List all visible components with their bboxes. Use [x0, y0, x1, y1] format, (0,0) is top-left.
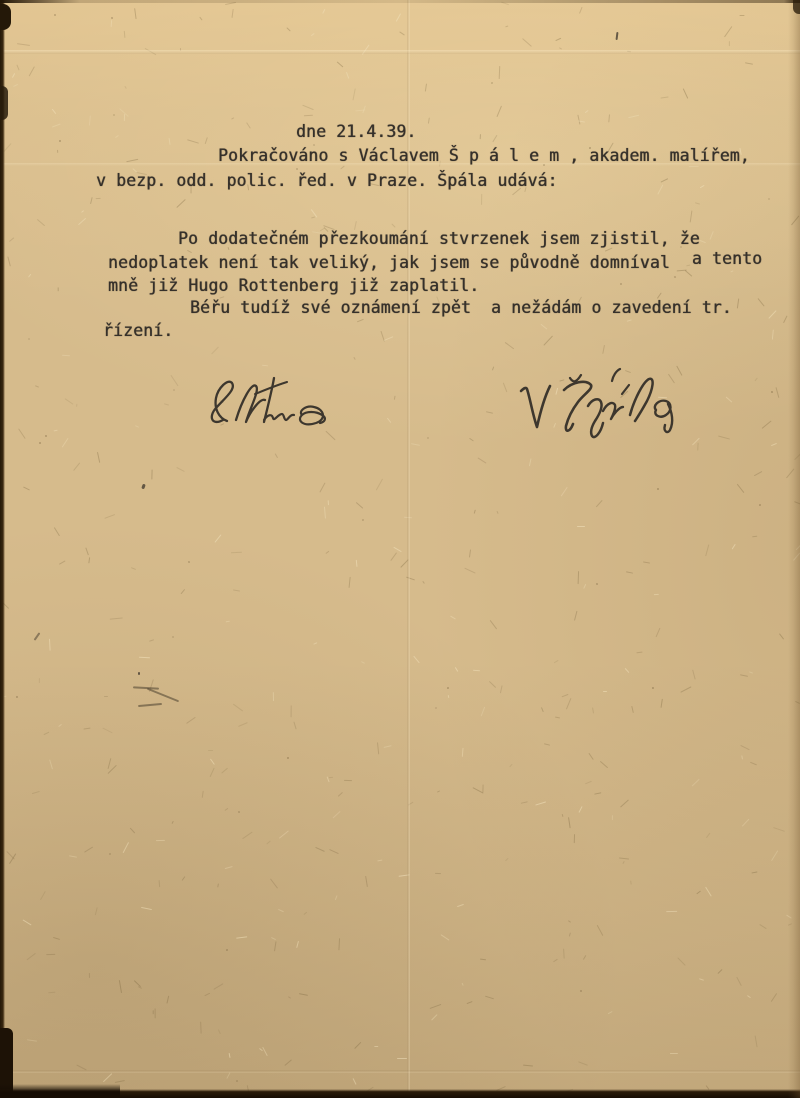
paper-fiber — [666, 911, 677, 912]
body-line-2: nedoplatek není tak veliký, jak jsem se … — [108, 253, 762, 273]
paper-fiber — [115, 135, 119, 138]
paper-fiber — [335, 895, 338, 900]
paper-fiber — [726, 396, 733, 402]
paper-fiber — [695, 202, 700, 204]
paper-fiber — [235, 1080, 238, 1083]
paper-fiber — [692, 779, 700, 786]
paper-fiber — [262, 1046, 268, 1055]
paper-fiber — [149, 639, 154, 642]
paper-fiber — [322, 9, 325, 14]
paper-fiber — [168, 138, 170, 145]
paper-fiber — [164, 403, 169, 406]
paper-fiber — [356, 502, 364, 509]
paper-fiber — [411, 443, 420, 446]
paper-fiber — [625, 667, 630, 672]
paper-fiber — [279, 830, 289, 838]
paper-fiber — [636, 651, 643, 653]
paper-fiber — [754, 471, 762, 476]
paper-fiber — [315, 847, 325, 852]
horizontal-fold-crease-bottom — [0, 1070, 800, 1073]
paper-fiber — [119, 980, 122, 993]
paper-fiber — [522, 38, 532, 47]
paper-fiber — [736, 484, 744, 493]
paper-fiber — [151, 469, 152, 479]
paper-fiber — [657, 185, 663, 195]
paper-fiber — [553, 959, 558, 963]
paper-fiber — [104, 1073, 113, 1082]
paper-fiber — [154, 1009, 155, 1019]
paper-fiber — [580, 990, 582, 992]
paper-fiber — [674, 275, 677, 278]
paper-fiber — [762, 421, 772, 429]
paper-fiber — [754, 1035, 757, 1047]
body-line-4: Béřu tudíž své oznámení zpět a nežádám o… — [190, 298, 732, 318]
paper-fiber — [349, 576, 351, 587]
paper-fiber — [562, 814, 564, 817]
paper-fiber — [158, 880, 160, 887]
paper-fiber — [44, 732, 50, 736]
paper-fiber — [771, 443, 777, 446]
paper-fiber — [740, 674, 748, 676]
paper-fiber — [173, 388, 176, 391]
paper-fiber — [170, 375, 178, 386]
paper-fiber — [377, 743, 379, 755]
paper-fiber — [529, 458, 532, 466]
signature-right-v-spala — [512, 358, 700, 452]
paper-fiber — [413, 655, 420, 663]
paper-fiber — [440, 934, 449, 941]
paper-fiber — [568, 920, 571, 922]
paper-fiber — [600, 760, 608, 767]
paper-fiber — [65, 398, 74, 405]
paper-fiber — [333, 811, 341, 818]
paper-fiber — [596, 500, 603, 507]
paper-fiber — [435, 707, 438, 710]
paper-fiber — [481, 194, 482, 205]
paper-fiber — [461, 983, 463, 987]
paper-fiber — [49, 638, 51, 650]
paper-fiber — [397, 1058, 407, 1059]
paper-fiber — [718, 435, 730, 439]
intro-line-2: v bezp. odd. polic. řed. v Praze. Špála … — [96, 171, 558, 191]
signature-left-strokes — [203, 372, 348, 444]
paper-fiber — [94, 907, 97, 915]
paper-fiber — [84, 727, 91, 729]
paper-fiber — [609, 114, 611, 122]
paper-fiber — [737, 977, 743, 986]
paper-fiber — [287, 28, 292, 32]
paper-fiber — [749, 671, 753, 673]
paper-fiber — [233, 703, 243, 711]
paper-fiber — [643, 562, 650, 564]
paper-fiber — [457, 904, 464, 907]
paper-fiber — [329, 849, 338, 854]
paper-fiber — [224, 808, 228, 811]
paper-fiber — [313, 642, 317, 645]
paper-fiber — [324, 507, 326, 519]
paper-fiber — [76, 403, 77, 407]
paper-fiber — [238, 723, 248, 728]
paper-fiber — [152, 1010, 153, 1014]
paper-fiber — [521, 801, 528, 803]
ink-speck — [141, 484, 146, 490]
paper-fiber — [9, 238, 14, 242]
paper-fiber — [86, 548, 90, 556]
paper-fiber — [328, 500, 329, 505]
paper-fiber — [656, 628, 661, 638]
paper-fiber — [225, 866, 233, 869]
paper-fiber — [724, 26, 732, 37]
paper-fiber — [623, 861, 625, 864]
paper-fiber — [217, 884, 219, 888]
paper-fiber — [69, 855, 77, 857]
paper-fiber — [705, 887, 711, 897]
paper-fiber — [54, 527, 60, 536]
paper-fiber — [491, 81, 494, 84]
paper-fiber — [626, 572, 633, 574]
paper-fiber — [23, 486, 30, 490]
paper-fiber — [496, 511, 498, 514]
paper-fiber — [754, 378, 757, 382]
paper-fiber — [381, 331, 386, 342]
paper-fiber — [186, 717, 196, 724]
paper-fiber — [110, 20, 112, 27]
paper-fiber — [107, 759, 111, 770]
paper-fiber — [36, 219, 44, 226]
paper-fiber — [612, 815, 613, 820]
horizontal-fold-crease-top — [0, 50, 800, 54]
paper-fiber — [661, 97, 669, 99]
paper-fiber — [49, 760, 53, 770]
paper-fiber — [469, 550, 471, 558]
paper-fiber — [200, 1021, 201, 1033]
paper-fiber — [588, 753, 593, 760]
paper-fiber — [113, 114, 116, 117]
paper-fiber — [74, 462, 81, 470]
paper-fiber — [45, 435, 47, 437]
scan-edge-left — [0, 0, 5, 1098]
paper-fiber — [200, 17, 203, 21]
paper-fiber — [208, 749, 213, 750]
paper-fiber — [362, 105, 366, 113]
scan-edge-blob — [0, 86, 8, 120]
body-line-1: Po dodatečném přezkoumání stvrzenek jsem… — [178, 229, 700, 249]
paper-fiber — [59, 561, 65, 565]
paper-fiber — [505, 25, 508, 27]
paper-fiber — [376, 479, 383, 491]
paper-fiber — [57, 150, 58, 153]
paper-fiber — [696, 890, 701, 894]
paper-fiber — [384, 336, 393, 341]
paper-fiber — [357, 319, 364, 322]
paper-fiber — [96, 198, 101, 199]
paper-fiber — [62, 438, 69, 447]
paper-fiber — [562, 693, 568, 696]
paper-fiber — [391, 553, 397, 561]
paper-fiber — [236, 936, 247, 938]
pencil-slash-mark — [34, 632, 41, 641]
paper-fiber — [138, 986, 142, 989]
paper-fiber — [574, 611, 577, 621]
paper-fiber — [166, 995, 169, 1003]
paper-fiber — [492, 367, 494, 371]
paper-fiber — [18, 428, 25, 438]
paper-fiber — [690, 210, 693, 222]
paper-fiber — [27, 953, 36, 960]
paper-fiber — [340, 166, 344, 170]
paper-fiber — [657, 488, 659, 490]
paper-fiber — [187, 139, 199, 143]
paper-fiber — [58, 287, 59, 291]
paper-fiber — [13, 84, 18, 87]
paper-fiber — [771, 391, 774, 394]
paper-fiber — [768, 311, 776, 320]
paper-fiber — [585, 110, 589, 113]
paper-fiber — [394, 396, 396, 400]
paper-fiber — [52, 109, 57, 115]
paper-fiber — [632, 706, 635, 713]
paper-fiber — [28, 337, 31, 340]
paper-fiber — [272, 693, 273, 702]
paper-fiber — [39, 442, 41, 444]
paper-fiber — [483, 784, 484, 792]
paper-fiber — [503, 382, 508, 392]
paper-fiber — [54, 430, 58, 432]
paper-fiber — [218, 1029, 221, 1033]
paper-fiber — [111, 17, 113, 19]
scan-edge-bottom — [0, 1089, 800, 1098]
paper-fiber — [119, 108, 129, 117]
paper-fiber — [429, 1004, 441, 1009]
body-line-5: řízení. — [103, 321, 173, 341]
paper-fiber — [107, 764, 116, 773]
paper-fiber — [327, 776, 330, 782]
paper-fiber — [759, 503, 762, 506]
paper-fiber — [90, 197, 93, 204]
paper-fiber — [490, 620, 497, 629]
paper-fiber — [32, 791, 40, 794]
paper-fiber — [288, 997, 291, 999]
paper-fiber — [567, 698, 572, 709]
paper-fiber — [135, 8, 137, 19]
paper-fiber — [39, 678, 40, 683]
paper-fiber — [630, 881, 631, 885]
paper-fiber — [238, 811, 241, 814]
paper-fiber — [759, 924, 766, 929]
paper-fiber — [53, 14, 56, 17]
paper-fiber — [303, 912, 307, 916]
paper-fiber — [212, 346, 220, 354]
scan-edge-blob — [0, 4, 11, 30]
paper-fiber — [752, 536, 757, 538]
paper-fiber — [285, 1059, 292, 1065]
paper-fiber — [431, 1014, 438, 1021]
paper-fiber — [202, 791, 204, 798]
paper-fiber — [286, 756, 289, 759]
paper-fiber — [104, 696, 108, 697]
paper-fiber — [628, 115, 639, 119]
paper-fiber — [620, 283, 622, 285]
paper-fiber — [176, 199, 185, 208]
intro-line-1: Pokračováno s Václavem Š p á l e m , aka… — [218, 146, 750, 166]
paper-fiber — [478, 458, 487, 464]
paper-fiber — [541, 324, 547, 330]
paper-fiber — [680, 686, 691, 692]
paper-fiber — [399, 31, 405, 35]
paper-fiber — [361, 661, 365, 664]
paper-fiber — [115, 1080, 125, 1083]
paper-fiber — [705, 833, 710, 839]
paper-fiber — [732, 544, 736, 549]
paper-fiber — [6, 851, 15, 860]
paper-fiber — [28, 274, 31, 277]
scan-edge-right-shadow — [788, 0, 800, 1098]
paper-fiber — [109, 853, 111, 855]
paper-fiber — [262, 364, 268, 366]
paper-fiber — [535, 802, 546, 806]
paper-fiber — [104, 514, 115, 519]
paper-fiber — [278, 909, 283, 912]
paper-fiber — [741, 755, 743, 759]
paper-fiber — [270, 878, 278, 888]
paper-fiber — [683, 89, 689, 99]
paper-fiber — [156, 839, 165, 840]
paper-fiber — [124, 31, 126, 38]
paper-fiber — [180, 589, 184, 594]
paper-fiber — [422, 581, 425, 584]
paper-fiber — [396, 13, 401, 21]
paper-fiber — [771, 330, 773, 340]
paper-fiber — [242, 831, 253, 839]
paper-fiber — [311, 217, 315, 219]
paper-fiber — [742, 818, 749, 826]
paper-fiber — [130, 827, 135, 833]
paper-fiber — [541, 707, 544, 712]
paper-fiber — [577, 526, 585, 527]
paper-fiber — [717, 969, 722, 974]
paper-fiber — [134, 980, 141, 987]
paper-fiber — [210, 768, 215, 778]
paper-fiber — [750, 871, 757, 873]
paper-fiber — [435, 873, 441, 874]
paper-fiber — [9, 853, 16, 863]
paper-fiber — [362, 519, 364, 521]
paper-fiber — [757, 298, 764, 307]
paper-fiber — [275, 453, 278, 457]
paper-fiber — [48, 991, 55, 993]
paper-fiber — [474, 509, 476, 513]
paper-fiber — [58, 723, 62, 726]
paper-fiber — [500, 685, 503, 693]
paper-fiber — [311, 33, 315, 36]
scan-corner-top-right — [793, 0, 800, 14]
paper-fiber — [568, 818, 571, 829]
paper-fiber — [583, 955, 586, 960]
paper-fiber — [489, 681, 496, 688]
paper-fiber — [544, 744, 550, 746]
paper-fiber — [705, 544, 709, 556]
paper-fiber — [325, 551, 329, 554]
paper-fiber — [246, 122, 251, 128]
paper-fiber — [214, 535, 221, 543]
paper-fiber — [771, 993, 777, 1002]
paper-fiber — [296, 941, 299, 948]
paper-fiber — [737, 299, 739, 309]
paper-fiber — [583, 583, 586, 588]
scanned-document-page: dne 21.4.39. Pokračováno s Václavem Š p … — [0, 0, 800, 1098]
paper-fiber — [181, 876, 185, 881]
paper-fiber — [472, 787, 483, 794]
paper-fiber — [585, 780, 592, 784]
paper-fiber — [771, 850, 778, 860]
paper-fiber — [365, 876, 368, 887]
paper-fiber — [319, 482, 325, 492]
paper-fiber — [311, 209, 318, 218]
ink-speck — [138, 672, 140, 675]
paper-fiber — [493, 135, 498, 142]
paper-fiber — [505, 342, 514, 349]
paper-fiber — [353, 1078, 357, 1085]
paper-fiber — [486, 411, 493, 414]
paper-fiber — [213, 983, 223, 989]
paper-fiber — [85, 847, 94, 853]
paper-fiber — [355, 109, 365, 111]
paper-fiber — [271, 937, 276, 940]
paper-fiber — [700, 240, 707, 244]
paper-fiber — [451, 616, 457, 620]
paper-fiber — [291, 705, 292, 717]
paper-fiber — [353, 357, 355, 360]
paper-fiber — [555, 38, 561, 42]
paper-fiber — [339, 938, 341, 950]
paper-fiber — [554, 660, 558, 663]
paper-fiber — [374, 1046, 378, 1047]
paper-fiber — [231, 117, 234, 119]
paper-fiber — [436, 790, 439, 792]
paper-fiber — [678, 957, 686, 965]
paper-fiber — [210, 759, 215, 765]
paper-fiber — [17, 43, 30, 46]
paper-fiber — [775, 388, 779, 399]
paper-fiber — [560, 487, 567, 496]
paper-fiber — [293, 721, 296, 729]
paper-fiber — [22, 920, 31, 926]
paper-fiber — [392, 224, 396, 228]
paper-fiber — [523, 1065, 533, 1067]
paper-fiber — [225, 948, 228, 951]
paper-fiber — [473, 669, 480, 671]
paper-fiber — [102, 728, 112, 734]
paper-fiber — [352, 88, 355, 100]
date-line: dne 21.4.39. — [296, 122, 416, 142]
paper-fiber — [344, 780, 352, 781]
paper-fiber — [205, 138, 208, 145]
paper-fiber — [608, 1011, 613, 1014]
paper-fiber — [577, 114, 580, 124]
paper-fiber — [384, 745, 392, 748]
paper-fiber — [660, 699, 662, 708]
paper-fiber — [602, 344, 605, 353]
paper-fiber — [579, 807, 583, 814]
paper-fiber — [393, 546, 401, 551]
paper-fiber — [577, 571, 578, 584]
paper-fiber — [428, 117, 430, 123]
paper-fiber — [266, 840, 271, 844]
paper-fiber — [619, 858, 629, 860]
paper-fiber — [592, 707, 594, 713]
body-line-2-raised-suffix: a tento — [692, 249, 762, 268]
paper-fiber — [52, 124, 61, 128]
